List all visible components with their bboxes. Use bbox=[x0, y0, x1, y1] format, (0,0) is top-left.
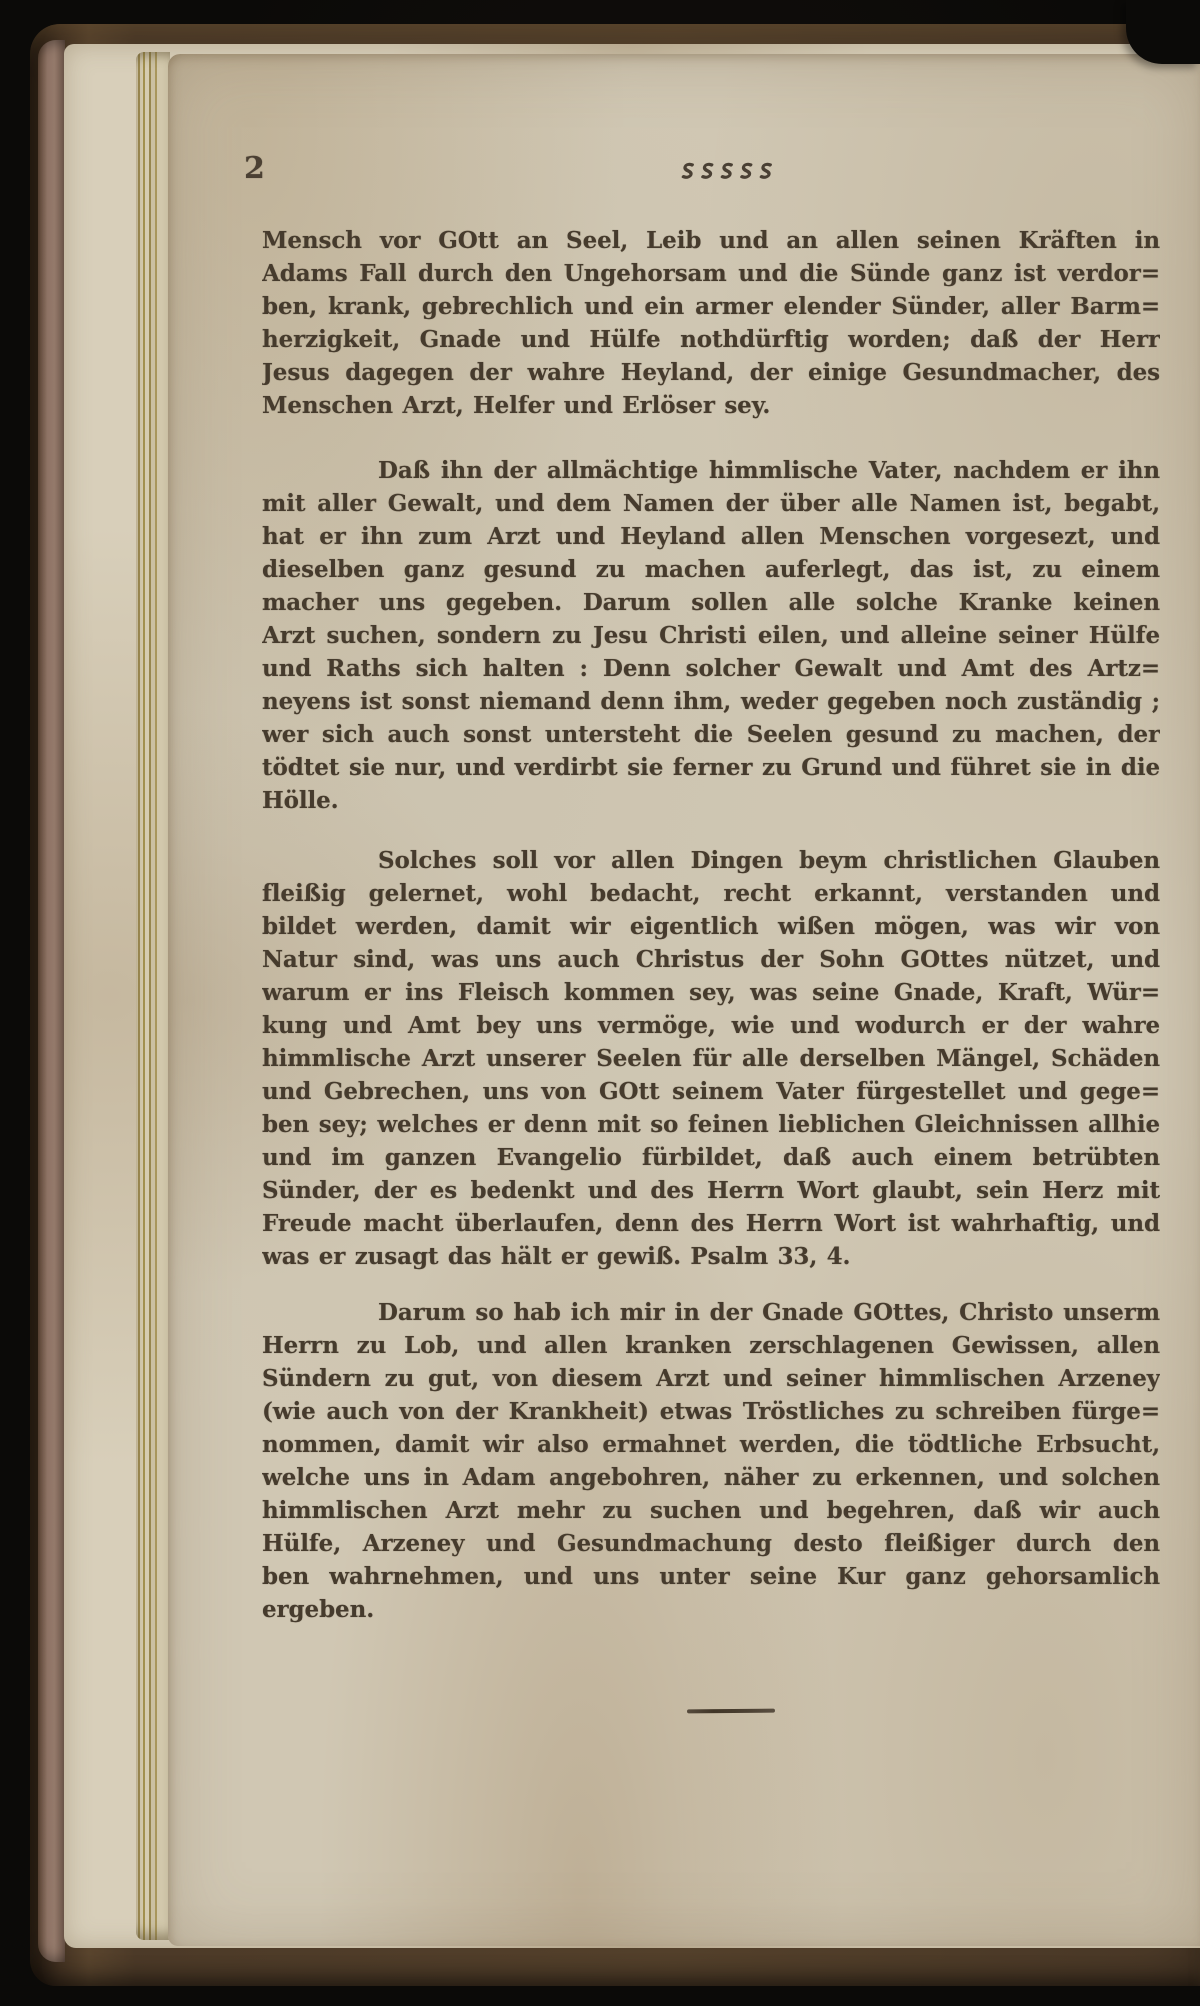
text-line: Sündern zu gut, von diesem Arzt und sein… bbox=[262, 1362, 1160, 1395]
paragraph-2: Daß ihn der allmächtige himmlische Vater… bbox=[262, 454, 1160, 817]
text-line: kung und Amt bey uns vermöge, wie und wo… bbox=[262, 1009, 1160, 1042]
text-line: Herrn zu Lob, und allen kranken zerschla… bbox=[262, 1329, 1160, 1362]
paragraph-4: Darum so hab ich mir in der Gnade GOttes… bbox=[262, 1296, 1160, 1626]
book-cover-inner-edge bbox=[38, 40, 65, 1962]
text-line: Adams Fall durch den Ungehorsam und die … bbox=[262, 257, 1160, 290]
text-line: Menschen Arzt, Helfer und Erlöser sey. bbox=[262, 389, 1160, 422]
text-line: macher uns gegeben. Darum sollen alle so… bbox=[262, 586, 1160, 619]
text-line: Daß ihn der allmächtige himmlische Vater… bbox=[262, 454, 1160, 487]
text-line: dieselben ganz gesund zu machen auferleg… bbox=[262, 553, 1160, 586]
paragraph-3: Solches soll vor allen Dingen beym chris… bbox=[262, 844, 1160, 1273]
paragraph-1: Mensch vor GOtt an Seel, Leib und an all… bbox=[262, 224, 1160, 422]
text-line: Jesus dagegen der wahre Heyland, der ein… bbox=[262, 356, 1160, 389]
text-line: Hülfe, Arzeney und Gesundmachung desto f… bbox=[262, 1527, 1160, 1560]
top-right-backdrop-shadow bbox=[1126, 0, 1200, 64]
text-line: und Raths sich halten : Denn solcher Gew… bbox=[262, 652, 1160, 685]
text-line: welche uns in Adam angebohren, näher zu … bbox=[262, 1461, 1160, 1494]
text-line: und im ganzen Evangelio fürbildet, daß a… bbox=[262, 1141, 1160, 1174]
text-line: bildet werden, damit wir eigentlich wiße… bbox=[262, 910, 1160, 943]
text-line: Hölle. bbox=[262, 784, 1160, 817]
text-line: (wie auch von der Krankheit) etwas Tröst… bbox=[262, 1395, 1160, 1428]
text-line: ben, krank, gebrechlich und ein armer el… bbox=[262, 290, 1160, 323]
text-line: tödtet sie nur, und verdirbt sie ferner … bbox=[262, 751, 1160, 784]
short-rule-icon bbox=[687, 1709, 775, 1714]
text-line: nommen, damit wir also ermahnet werden, … bbox=[262, 1428, 1160, 1461]
stacked-page-edges bbox=[136, 52, 170, 1940]
page-number: 2 bbox=[244, 154, 265, 184]
text-line: mit aller Gewalt, und dem Namen der über… bbox=[262, 487, 1160, 520]
text-line: hat er ihn zum Arzt und Heyland allen Me… bbox=[262, 520, 1160, 553]
text-line: was er zusagt das hält er gewiß. Psalm 3… bbox=[262, 1240, 1160, 1273]
text-line: Arzt suchen, sondern zu Jesu Christi eil… bbox=[262, 619, 1160, 652]
text-line: Mensch vor GOtt an Seel, Leib und an all… bbox=[262, 224, 1160, 257]
text-line: fleißig gelernet, wohl bedacht, recht er… bbox=[262, 877, 1160, 910]
text-line: ben sey; welches er denn mit so feinen l… bbox=[262, 1108, 1160, 1141]
text-line: und Gebrechen, uns von GOtt seinem Vater… bbox=[262, 1075, 1160, 1108]
text-line: Darum so hab ich mir in der Gnade GOttes… bbox=[262, 1296, 1160, 1329]
text-line: ergeben. bbox=[262, 1593, 1160, 1626]
text-line: ben wahrnehmen, und uns unter seine Kur … bbox=[262, 1560, 1160, 1593]
text-line: Natur sind, was uns auch Christus der So… bbox=[262, 943, 1160, 976]
text-line: himmlische Arzt unserer Seelen für alle … bbox=[262, 1042, 1160, 1075]
page-text-block: Mensch vor GOtt an Seel, Leib und an all… bbox=[262, 224, 1160, 1626]
text-line: Sünder, der es bedenkt und des Herrn Wor… bbox=[262, 1174, 1160, 1207]
text-line: Freude macht überlaufen, denn des Herrn … bbox=[262, 1207, 1160, 1240]
text-line: wer sich auch sonst untersteht die Seele… bbox=[262, 718, 1160, 751]
text-line: Solches soll vor allen Dingen beym chris… bbox=[262, 844, 1160, 877]
text-line: warum er ins Fleisch kommen sey, was sei… bbox=[262, 976, 1160, 1009]
text-line: herzigkeit, Gnade und Hülfe nothdürftig … bbox=[262, 323, 1160, 356]
book-page: 2 Mensch vor GOtt an Seel, Leib und an a… bbox=[168, 54, 1200, 1946]
text-line: neyens ist sonst niemand denn ihm, weder… bbox=[262, 685, 1160, 718]
s-curl-ornament-row-icon bbox=[678, 162, 782, 185]
text-line: himmlischen Arzt mehr zu suchen und bege… bbox=[262, 1494, 1160, 1527]
